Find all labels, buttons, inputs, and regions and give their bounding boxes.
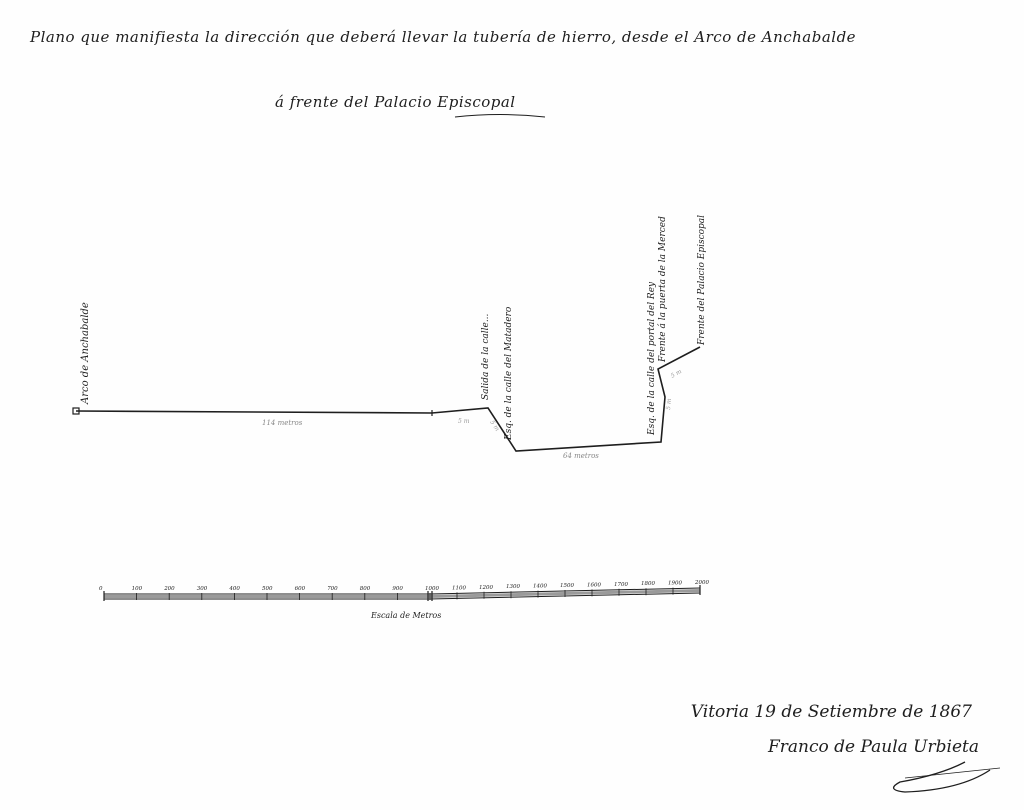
scale-tick-label: 1200 <box>479 585 493 591</box>
scale-tick-label: 500 <box>262 586 273 592</box>
plan-sheet: Plano que manifiesta la dirección que de… <box>0 0 1024 810</box>
label-frente-merced: Frente á la puerta de la Merced <box>657 216 668 363</box>
segment-2-length: 5 m <box>458 418 470 425</box>
scale-tick-label: 1600 <box>587 582 601 588</box>
scale-caption: Escala de Metros <box>370 611 441 620</box>
scale-tick-label: 600 <box>295 586 306 592</box>
pipe-route-line <box>76 347 700 451</box>
route-diagram: Arco de Anchabalde Salida de la calle...… <box>0 0 1024 810</box>
signature-name: Franco de Paula Urbieta <box>768 737 979 757</box>
scale-tick-label: 1900 <box>668 581 682 587</box>
signature-flourish <box>894 762 990 792</box>
title-flourish <box>455 115 545 118</box>
scale-tick-label: 200 <box>163 586 175 592</box>
scale-tick-label: 1400 <box>533 584 547 590</box>
scale-tick-label: 1500 <box>560 583 574 589</box>
label-esquina-matadero: Esq. de la calle del Matadero <box>504 306 514 441</box>
label-esquina-portal-rey: Esq. de la calle del portal del Rey <box>647 281 657 436</box>
scale-tick-label: 800 <box>360 586 371 592</box>
scale-tick-label: 1300 <box>506 584 520 590</box>
scale-tick-label: 300 <box>197 586 208 592</box>
scale-tick-label: 100 <box>132 586 143 592</box>
signature-place-date: Vitoria 19 de Setiembre de 1867 <box>691 702 972 722</box>
scale-bar: 0100200300400500600700800900100011001200… <box>99 580 709 601</box>
segment-5-length: 5 m <box>665 398 673 410</box>
scale-tick-label: 1700 <box>614 582 628 588</box>
label-arco-anchabalde: Arco de Anchabalde <box>80 302 91 405</box>
scale-tick-label: 1800 <box>641 581 655 587</box>
scale-tick-label: 400 <box>228 586 240 592</box>
segment-1-length: 114 metros <box>262 419 303 427</box>
segment-3-length: 5 m <box>488 419 500 433</box>
scale-tick-label: 0 <box>99 586 103 592</box>
label-salida-calle: Salida de la calle... <box>481 313 491 400</box>
label-frente-palacio: Frente del Palacio Episcopal <box>697 215 707 346</box>
scale-tick-label: 2000 <box>694 580 709 586</box>
segment-6-length: 5 m <box>670 368 684 380</box>
scale-tick-label: 900 <box>392 586 403 592</box>
segment-4-length: 64 metros <box>563 452 599 460</box>
scale-tick-label: 700 <box>327 586 338 592</box>
scale-tick-label: 1000 <box>425 586 439 592</box>
scale-tick-label: 1100 <box>452 585 466 591</box>
